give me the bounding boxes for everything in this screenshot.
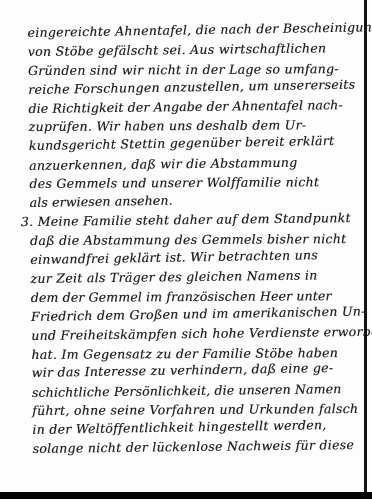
handwriting-line: zur Zeit als Träger des gleichen Namens … — [30, 266, 358, 289]
handwriting-line: schichtliche Persönlichkeit, die unseren… — [32, 380, 360, 403]
handwriting-line: solange nicht der lückenlose Nachweis fü… — [32, 436, 360, 459]
handwriting-text-block: eingereichte Ahnentafel, die nach der Be… — [27, 20, 360, 459]
handwriting-line: die Richtigkeit der Angabe der Ahnentafe… — [28, 96, 356, 119]
handwriting-line: anzuerkennen, daß wir die Abstammung — [29, 153, 357, 176]
scanned-letter-page: eingereichte Ahnentafel, die nach der Be… — [0, 0, 372, 500]
handwriting-line: von Stöbe gefälscht sei. Aus wirtschaftl… — [28, 39, 356, 62]
scan-edge-right-line — [364, 0, 367, 492]
handwriting-line: 3. Meine Familie steht daher auf dem Sta… — [21, 209, 358, 232]
scan-edge-bottom-band — [0, 492, 372, 499]
handwriting-line: und Freiheitskämpfen sich hohe Verdienst… — [31, 323, 359, 346]
